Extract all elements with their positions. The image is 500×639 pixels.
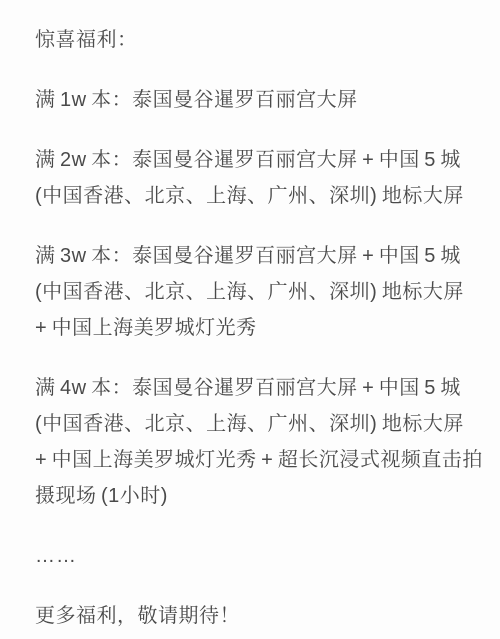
ellipsis-line: …… bbox=[35, 538, 480, 574]
benefits-text-block: 惊喜福利： 满 1w 本：泰国曼谷暹罗百丽宫大屏 满 2w 本：泰国曼谷暹罗百丽… bbox=[0, 0, 500, 634]
benefit-tier-4w: 满 4w 本：泰国曼谷暹罗百丽宫大屏 + 中国 5 城 (中国香港、北京、上海、… bbox=[35, 370, 480, 514]
more-benefits-line: 更多福利，敬请期待！ bbox=[35, 598, 480, 634]
benefit-tier-2w: 满 2w 本：泰国曼谷暹罗百丽宫大屏 + 中国 5 城 (中国香港、北京、上海、… bbox=[35, 142, 480, 214]
benefit-tier-3w: 满 3w 本：泰国曼谷暹罗百丽宫大屏 + 中国 5 城 (中国香港、北京、上海、… bbox=[35, 238, 480, 346]
benefits-title: 惊喜福利： bbox=[35, 22, 480, 58]
benefit-tier-1w: 满 1w 本：泰国曼谷暹罗百丽宫大屏 bbox=[35, 82, 480, 118]
benefits-page: 惊喜福利： 满 1w 本：泰国曼谷暹罗百丽宫大屏 满 2w 本：泰国曼谷暹罗百丽… bbox=[0, 0, 500, 639]
